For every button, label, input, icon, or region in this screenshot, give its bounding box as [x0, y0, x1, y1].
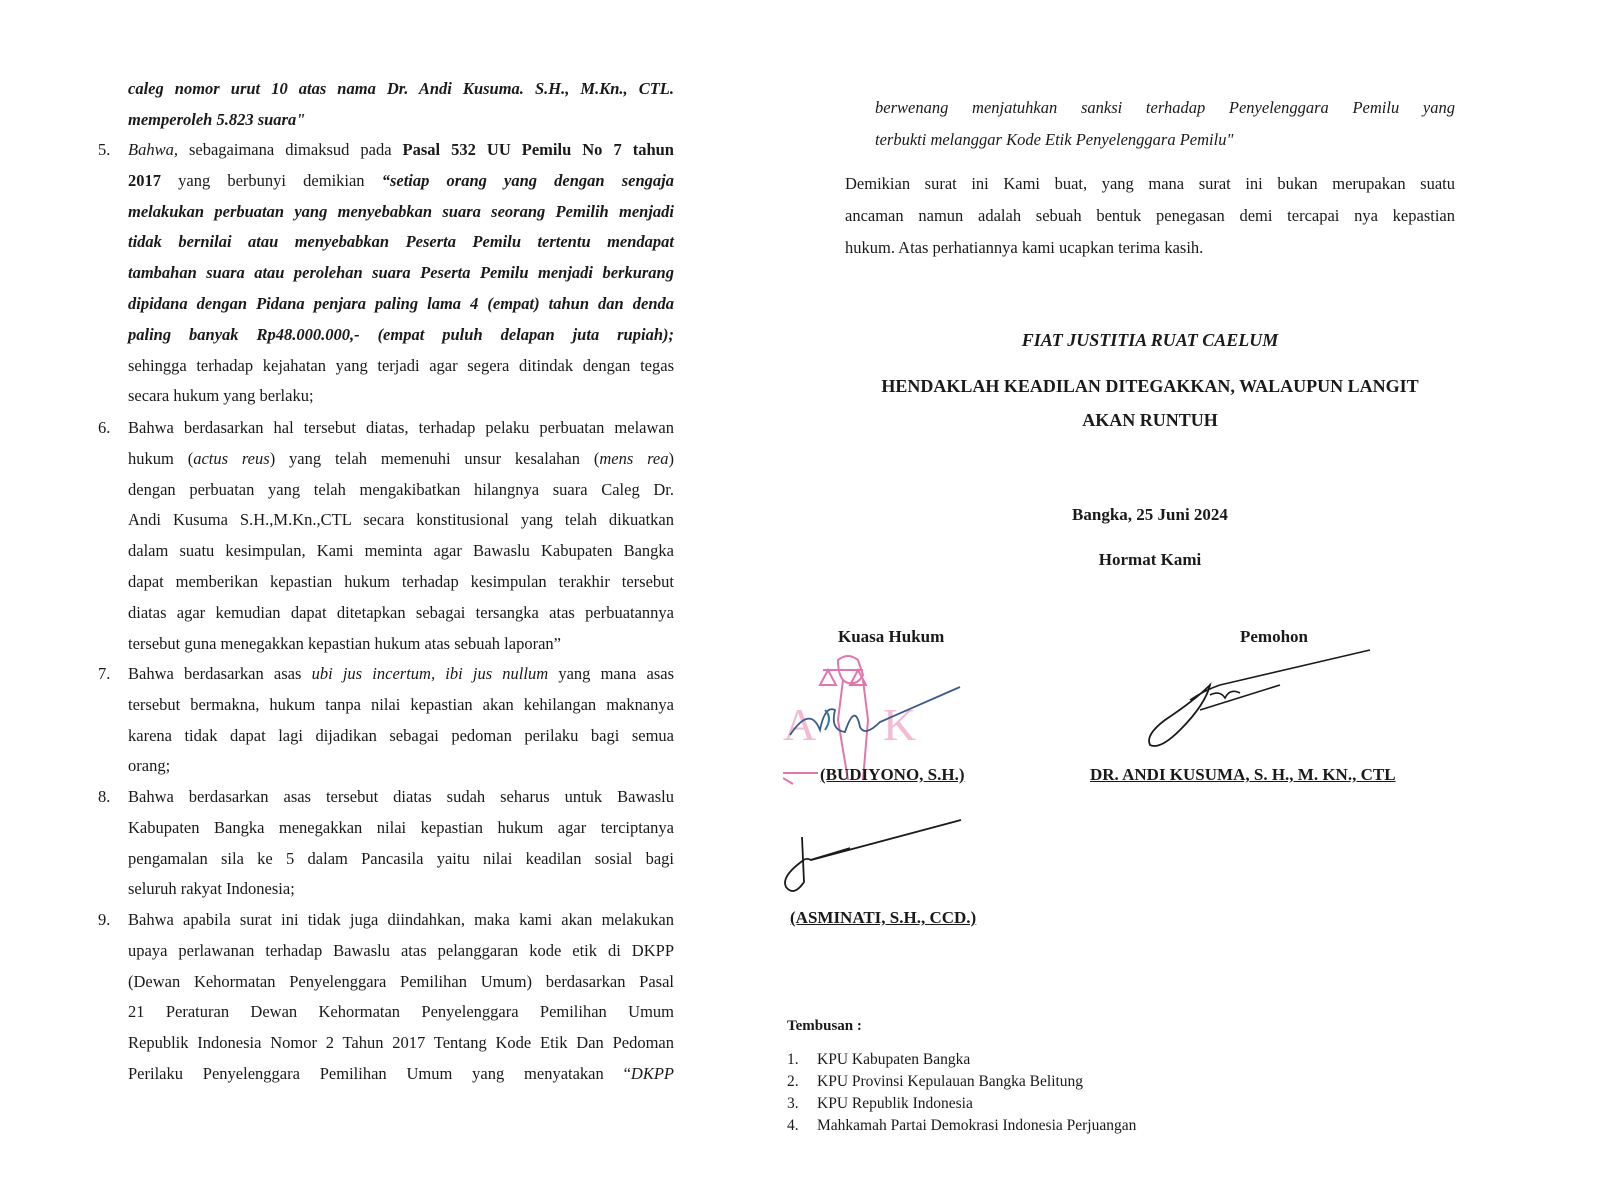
text-segment: dengan perbuatan yang telah mengakibatka… — [128, 480, 674, 499]
point-9-line: upaya perlawanan terhadap Bawaslu atas p… — [128, 941, 674, 961]
cc-title: Tembusan : — [787, 1018, 862, 1035]
carry-over-line-2: memperoleh 5.823 suara" — [128, 110, 674, 130]
quote-continuation-line-1: berwenang menjatuhkan sanksi terhadap Pe… — [875, 98, 1455, 118]
point-5-line: paling banyak Rp48.000.000,- (empat pulu… — [128, 325, 674, 345]
point-6-line: Bahwa berdasarkan hal tersebut diatas, t… — [128, 418, 674, 438]
text-segment: Perilaku Penyelenggara Pemilihan Umum ya… — [128, 1064, 631, 1083]
cc-item: 2.KPU Provinsi Kepulauan Bangka Belitung — [787, 1073, 1083, 1091]
text-segment: seluruh rakyat Indonesia; — [128, 879, 295, 898]
text-segment: Bahwa berdasarkan asas — [128, 664, 312, 683]
point-6-line: dengan perbuatan yang telah mengakibatka… — [128, 480, 674, 500]
text-segment: 21 Peraturan Dewan Kehormatan Penyelengg… — [128, 1002, 674, 1021]
point-9-line: 21 Peraturan Dewan Kehormatan Penyelengg… — [128, 1002, 674, 1022]
point-9-line: (Dewan Kehormatan Penyelenggara Pemiliha… — [128, 972, 674, 992]
text-segment: (Dewan Kehormatan Penyelenggara Pemiliha… — [128, 972, 674, 991]
point-8-line: Bahwa berdasarkan asas tersebut diatas s… — [128, 787, 674, 807]
quote-continuation-line-2: terbukti melanggar Kode Etik Penyelengga… — [875, 130, 1455, 150]
point-number: 7. — [98, 664, 110, 684]
text-segment: hukum ( — [128, 449, 193, 468]
text-segment: “setiap orang yang dengan sengaja — [382, 171, 674, 190]
text-segment: tersebut guna menegakkan kepastian hukum… — [128, 634, 561, 653]
counsel-2-signature-icon — [782, 815, 972, 900]
text-segment: actus reus — [193, 449, 270, 468]
cc-item: 1.KPU Kabupaten Bangka — [787, 1051, 970, 1069]
text-segment: paling banyak Rp48.000.000,- (empat pulu… — [128, 325, 674, 344]
text-segment: dalam suatu kesimpulan, Kami meminta aga… — [128, 541, 674, 560]
text-segment: DKPP — [631, 1064, 674, 1083]
text-segment: Republik Indonesia Nomor 2 Tahun 2017 Te… — [128, 1033, 674, 1052]
point-5-line: 2017 yang berbunyi demikian “setiap oran… — [128, 171, 674, 191]
cc-item: 3.KPU Republik Indonesia — [787, 1095, 973, 1113]
point-9-line: Perilaku Penyelenggara Pemilihan Umum ya… — [128, 1064, 674, 1084]
text-segment: melakukan perbuatan yang menyebabkan sua… — [128, 202, 674, 221]
applicant-signature-icon — [1140, 650, 1380, 760]
point-7-line: tersebut bermakna, hukum tanpa nilai kep… — [128, 695, 674, 715]
point-8-line: seluruh rakyat Indonesia; — [128, 879, 674, 899]
point-8-line: pengamalan sila ke 5 dalam Pancasila yai… — [128, 849, 674, 869]
text-segment: pengamalan sila ke 5 dalam Pancasila yai… — [128, 849, 674, 868]
point-9-line: Republik Indonesia Nomor 2 Tahun 2017 Te… — [128, 1033, 674, 1053]
point-number: 8. — [98, 787, 110, 807]
text-segment: sebagaimana dimaksud pada — [178, 140, 403, 159]
applicant-name: DR. ANDI KUSUMA, S. H., M. KN., CTL — [1090, 765, 1396, 785]
text-segment: Andi Kusuma S.H.,M.Kn.,CTL secara konsti… — [128, 510, 674, 529]
point-5-line: sehingga terhadap kejahatan yang terjadi… — [128, 356, 674, 376]
text-segment: ) — [668, 449, 674, 468]
cc-item-label: KPU Provinsi Kepulauan Bangka Belitung — [817, 1073, 1083, 1090]
point-6-line: Andi Kusuma S.H.,M.Kn.,CTL secara konsti… — [128, 510, 674, 530]
point-7-line: orang; — [128, 756, 674, 776]
text-segment: Kabupaten Bangka menegakkan nilai kepast… — [128, 818, 674, 837]
text-segment: sehingga terhadap kejahatan yang terjadi… — [128, 356, 674, 375]
point-number: 6. — [98, 418, 110, 438]
counsel-label: Kuasa Hukum — [838, 627, 944, 647]
closing-paragraph-line-2: ancaman namun adalah sebuah bentuk peneg… — [845, 206, 1455, 226]
text-segment: Pasal 532 UU Pemilu No 7 tahun — [403, 140, 674, 159]
cc-item-number: 2. — [787, 1073, 817, 1091]
place-and-date: Bangka, 25 Juni 2024 — [850, 505, 1450, 525]
point-8-line: Kabupaten Bangka menegakkan nilai kepast… — [128, 818, 674, 838]
point-6-line: diatas agar kemudian dapat ditetapkan se… — [128, 603, 674, 623]
counsel-2-name: (ASMINATI, S.H., CCD.) — [790, 908, 976, 928]
text-segment: upaya perlawanan terhadap Bawaslu atas p… — [128, 941, 674, 960]
motto-line-1: HENDAKLAH KEADILAN DITEGAKKAN, WALAUPUN … — [850, 376, 1450, 397]
cc-item-number: 1. — [787, 1051, 817, 1069]
point-6-line: hukum (actus reus) yang telah memenuhi u… — [128, 449, 674, 469]
text-segment: dipidana dengan Pidana penjara paling la… — [128, 294, 674, 313]
regards: Hormat Kami — [850, 550, 1450, 570]
text-segment: tidak bernilai atau menyebabkan Peserta … — [128, 232, 674, 251]
text-segment: ) yang telah memenuhi unsur kesalahan ( — [270, 449, 600, 468]
counsel-1-signature-icon — [785, 680, 965, 760]
text-segment: 2017 — [128, 171, 161, 190]
carry-over-line-1: caleg nomor urut 10 atas nama Dr. Andi K… — [128, 79, 674, 99]
text-segment: dapat memberikan kepastian hukum terhada… — [128, 572, 674, 591]
text-segment: tersebut bermakna, hukum tanpa nilai kep… — [128, 695, 674, 714]
point-7-line: karena tidak dapat lagi dijadikan sebaga… — [128, 726, 674, 746]
text-segment: Bahwa berdasarkan hal tersebut diatas, t… — [128, 418, 674, 437]
cc-item-label: KPU Kabupaten Bangka — [817, 1051, 970, 1068]
point-5-line: melakukan perbuatan yang menyebabkan sua… — [128, 202, 674, 222]
text-segment: ubi jus incertum, ibi jus nullum — [312, 664, 549, 683]
cc-item-number: 4. — [787, 1117, 817, 1135]
closing-paragraph-line-3: hukum. Atas perhatiannya kami ucapkan te… — [845, 238, 1455, 258]
point-6-line: dalam suatu kesimpulan, Kami meminta aga… — [128, 541, 674, 561]
point-number: 5. — [98, 140, 110, 160]
text-segment: Bahwa berdasarkan asas tersebut diatas s… — [128, 787, 674, 806]
point-5-line: dipidana dengan Pidana penjara paling la… — [128, 294, 674, 314]
text-segment: karena tidak dapat lagi dijadikan sebaga… — [128, 726, 674, 745]
point-6-line: tersebut guna menegakkan kepastian hukum… — [128, 634, 674, 654]
cc-item-number: 3. — [787, 1095, 817, 1113]
cc-item-label: Mahkamah Partai Demokrasi Indonesia Perj… — [817, 1117, 1136, 1134]
point-5-line: tambahan suara atau perolehan suara Pese… — [128, 263, 674, 283]
applicant-label: Pemohon — [1240, 627, 1308, 647]
cc-item-label: KPU Republik Indonesia — [817, 1095, 973, 1112]
point-5-line: secara hukum yang berlaku; — [128, 386, 674, 406]
point-5-line: tidak bernilai atau menyebabkan Peserta … — [128, 232, 674, 252]
cc-item: 4.Mahkamah Partai Demokrasi Indonesia Pe… — [787, 1117, 1136, 1135]
point-7-line: Bahwa berdasarkan asas ubi jus incertum,… — [128, 664, 674, 684]
text-segment: yang mana asas — [548, 664, 674, 683]
text-segment: yang berbunyi demikian — [161, 171, 382, 190]
text-segment: diatas agar kemudian dapat ditetapkan se… — [128, 603, 674, 622]
text-segment: mens rea — [599, 449, 668, 468]
point-number: 9. — [98, 910, 110, 930]
text-segment: orang; — [128, 756, 170, 775]
closing-paragraph-line-1: Demikian surat ini Kami buat, yang mana … — [845, 174, 1455, 194]
point-5-line: Bahwa, sebagaimana dimaksud pada Pasal 5… — [128, 140, 674, 160]
text-segment: Bahwa apabila surat ini tidak juga diind… — [128, 910, 674, 929]
text-segment: Bahwa, — [128, 140, 178, 159]
counsel-1-name: (BUDIYONO, S.H.) — [820, 765, 965, 785]
text-segment: secara hukum yang berlaku; — [128, 386, 314, 405]
text-segment: tambahan suara atau perolehan suara Pese… — [128, 263, 674, 282]
point-6-line: dapat memberikan kepastian hukum terhada… — [128, 572, 674, 592]
point-9-line: Bahwa apabila surat ini tidak juga diind… — [128, 910, 674, 930]
motto-line-2: AKAN RUNTUH — [850, 410, 1450, 431]
motto-latin: FIAT JUSTITIA RUAT CAELUM — [850, 330, 1450, 351]
